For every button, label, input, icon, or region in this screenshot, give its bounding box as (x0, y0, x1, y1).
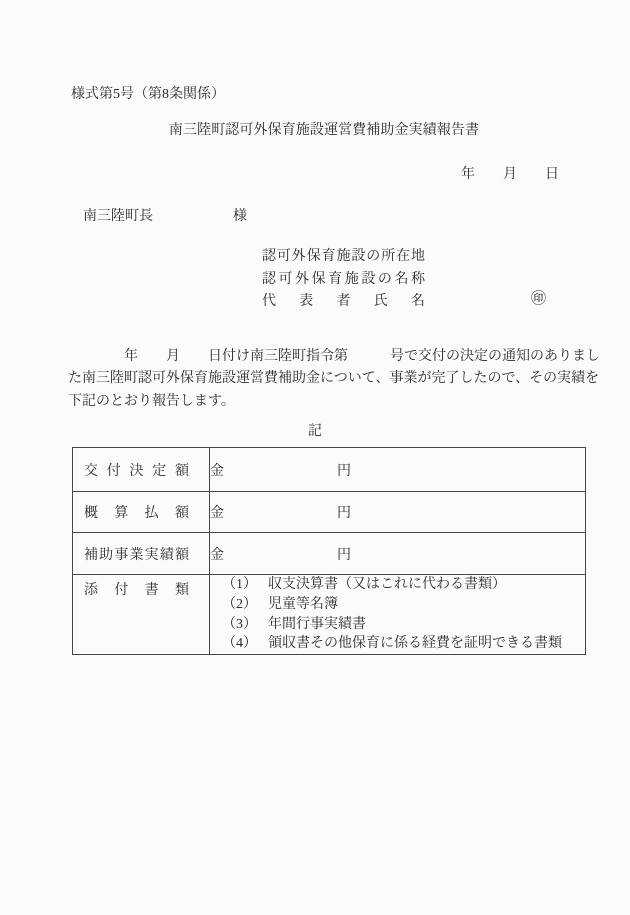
body-line: た南三陸町認可外保育施設運営費補助金について、事業が完了したので、その実績を (68, 368, 600, 390)
applicant-field-representative: 代表者氏名 (262, 291, 425, 314)
row-label: 補助事業実績額 (84, 544, 189, 564)
body-paragraph: 年 月 日付け南三陸町指令第 号で交付の決定の通知のありまし た南三陸町認可外保… (68, 346, 600, 413)
attachment-text: 児童等名簿 (268, 595, 338, 615)
table-row-actual-result: 補助事業実績額 金円 (73, 533, 586, 575)
amount-prefix: 金 (210, 506, 224, 521)
attachment-number: （4） (222, 634, 268, 654)
attachment-number: （3） (222, 615, 268, 635)
applicant-field-facility-name: 認可外保育施設の名称 (262, 269, 425, 292)
attachment-item: （4）領収書その他保育に係る経費を証明できる書類 (210, 634, 585, 654)
row-label: 交付決定額 (84, 460, 189, 480)
date-blank-line: 年 月 日 (461, 166, 559, 184)
attachment-number: （2） (222, 595, 268, 615)
applicant-field-address: 認可外保育施設の所在地 (262, 246, 425, 269)
report-table: 交付決定額 金円 概算払額 金円 補助事業実績額 金円 添付書類 (72, 447, 586, 655)
recipient-honorific: 様 (233, 205, 247, 225)
amount-prefix: 金 (210, 548, 224, 563)
attachment-item: （1）収支決算書（又はこれに代わる書類） (210, 575, 585, 595)
amount-suffix: 円 (337, 548, 351, 563)
attachment-text: 年間行事実績書 (268, 615, 366, 635)
body-line: 年 月 日付け南三陸町指令第 号で交付の決定の通知のありまし (68, 346, 600, 368)
attachment-text: 領収書その他保育に係る経費を証明できる書類 (268, 634, 562, 654)
document-page: { "doc": { "form_number": "様式第5号（第8条関係）"… (0, 0, 630, 915)
row-label: 添付書類 (84, 579, 189, 599)
attachments-cell: （1）収支決算書（又はこれに代わる書類） （2）児童等名簿 （3）年間行事実績書… (210, 575, 586, 655)
attachment-number: （1） (222, 575, 268, 595)
amount-suffix: 円 (337, 506, 351, 521)
table-row-attachments: 添付書類 （1）収支決算書（又はこれに代わる書類） （2）児童等名簿 （3）年間… (73, 575, 586, 655)
attachment-item: （3）年間行事実績書 (210, 615, 585, 635)
amount-cell: 金円 (210, 533, 586, 575)
attachment-text: 収支決算書（又はこれに代わる書類） (268, 575, 506, 595)
record-heading: 記 (0, 424, 630, 440)
row-label: 概算払額 (84, 502, 189, 522)
amount-cell: 金円 (210, 492, 586, 533)
form-number: 様式第5号（第8条関係） (71, 86, 225, 104)
recipient-line: 南三陸町長 様 (83, 205, 383, 225)
seal-mark-icon: ㊞ (531, 290, 546, 308)
table-row-provisional-payment: 概算払額 金円 (73, 492, 586, 533)
table-row-grant-decision: 交付決定額 金円 (73, 448, 586, 492)
amount-suffix: 円 (337, 464, 351, 479)
attachment-item: （2）児童等名簿 (210, 595, 585, 615)
amount-prefix: 金 (210, 464, 224, 479)
document-title: 南三陸町認可外保育施設運営費補助金実績報告書 (0, 122, 630, 140)
body-line: 下記のとおり報告します。 (68, 391, 600, 413)
applicant-block: 認可外保育施設の所在地 認可外保育施設の名称 代表者氏名 (262, 246, 425, 314)
recipient-name: 南三陸町長 (83, 209, 153, 224)
amount-cell: 金円 (210, 448, 586, 492)
